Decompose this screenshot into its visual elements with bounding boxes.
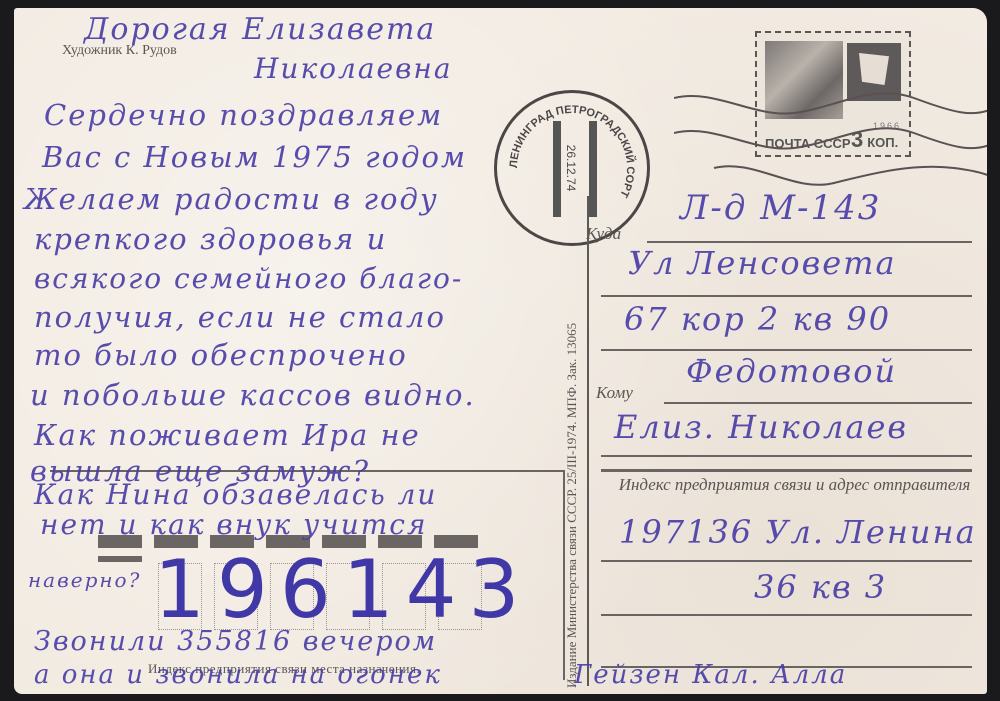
message-line: Сердечно поздравляем xyxy=(44,98,443,132)
address-line xyxy=(601,295,972,297)
message-line: получия, если не стало xyxy=(34,300,446,334)
address-line xyxy=(601,455,972,457)
message-line: Как поживает Ира не xyxy=(34,418,421,452)
postcard: Художник К. Рудов 1966 ПОЧТА СССР 3КОП. … xyxy=(14,8,987,694)
address-street: Ул Ленсовета xyxy=(628,244,897,282)
index-frame-right xyxy=(563,470,565,680)
address-line xyxy=(647,241,972,243)
sender-line xyxy=(601,560,972,562)
address-building: 67 кор 2 кв 90 xyxy=(624,300,891,338)
postal-index: 196143 xyxy=(154,543,531,636)
index-digit: 6 xyxy=(280,543,343,636)
postmark-text: ЛЕНИНГРАД ПЕТРОГРАДСКИЙ СОРТ 26.12.74 xyxy=(497,93,647,243)
index-digit: 3 xyxy=(469,543,532,636)
message-line: Как Нина обзавелась ли xyxy=(34,478,437,511)
index-sample-bar xyxy=(98,556,142,562)
sender-line-2: 36 кв 3 xyxy=(754,568,887,606)
divider xyxy=(587,196,589,686)
message-line: Вас с Новым 1975 годом xyxy=(42,140,467,174)
sender-line-3: Гейзен Кал. Алла xyxy=(574,660,847,690)
address-line xyxy=(664,402,972,404)
publisher-line: Издание Министерства связи СССР. 25/III-… xyxy=(564,323,580,688)
cancellation-waves-icon xyxy=(674,58,987,198)
postmark: ЛЕНИНГРАД ПЕТРОГРАДСКИЙ СОРТ 26.12.74 xyxy=(494,90,650,246)
message-line: и побольше кассов видно. xyxy=(30,378,476,412)
address-name: Елиз. Николаев xyxy=(614,408,908,446)
message-line: Дорогая Елизавета xyxy=(84,12,436,47)
address-line xyxy=(601,349,972,351)
address-separator xyxy=(601,469,972,472)
message-line: Николаевна xyxy=(254,52,453,85)
message-line: всякого семейного благо- xyxy=(34,262,463,295)
index-digit: 1 xyxy=(343,543,406,636)
label-to-whom: Кому xyxy=(596,383,633,403)
message-line: нет и как внук учится xyxy=(40,508,428,541)
message-line: то было обеспрочено xyxy=(34,338,408,372)
sender-caption: Индекс предприятия связи и адрес отправи… xyxy=(602,474,987,495)
message-line: крепкого здоровья и xyxy=(34,222,387,256)
index-digit: 4 xyxy=(406,543,469,636)
label-to-where: Куда xyxy=(586,224,621,244)
address-city: Л-д М-143 xyxy=(680,188,881,228)
address-surname: Федотовой xyxy=(686,352,897,390)
index-digit: 9 xyxy=(217,543,280,636)
message-line: Звонили 355816 вечером xyxy=(34,626,437,657)
sender-line xyxy=(601,614,972,616)
message-line: наверно? xyxy=(28,568,141,592)
message-line: Желаем радости в году xyxy=(24,182,439,216)
svg-text:26.12.74: 26.12.74 xyxy=(564,145,578,192)
index-digit: 1 xyxy=(154,543,217,636)
sender-line-1: 197136 Ул. Ленина xyxy=(619,513,977,551)
message-line: а она и звонила на огонек xyxy=(34,660,442,690)
